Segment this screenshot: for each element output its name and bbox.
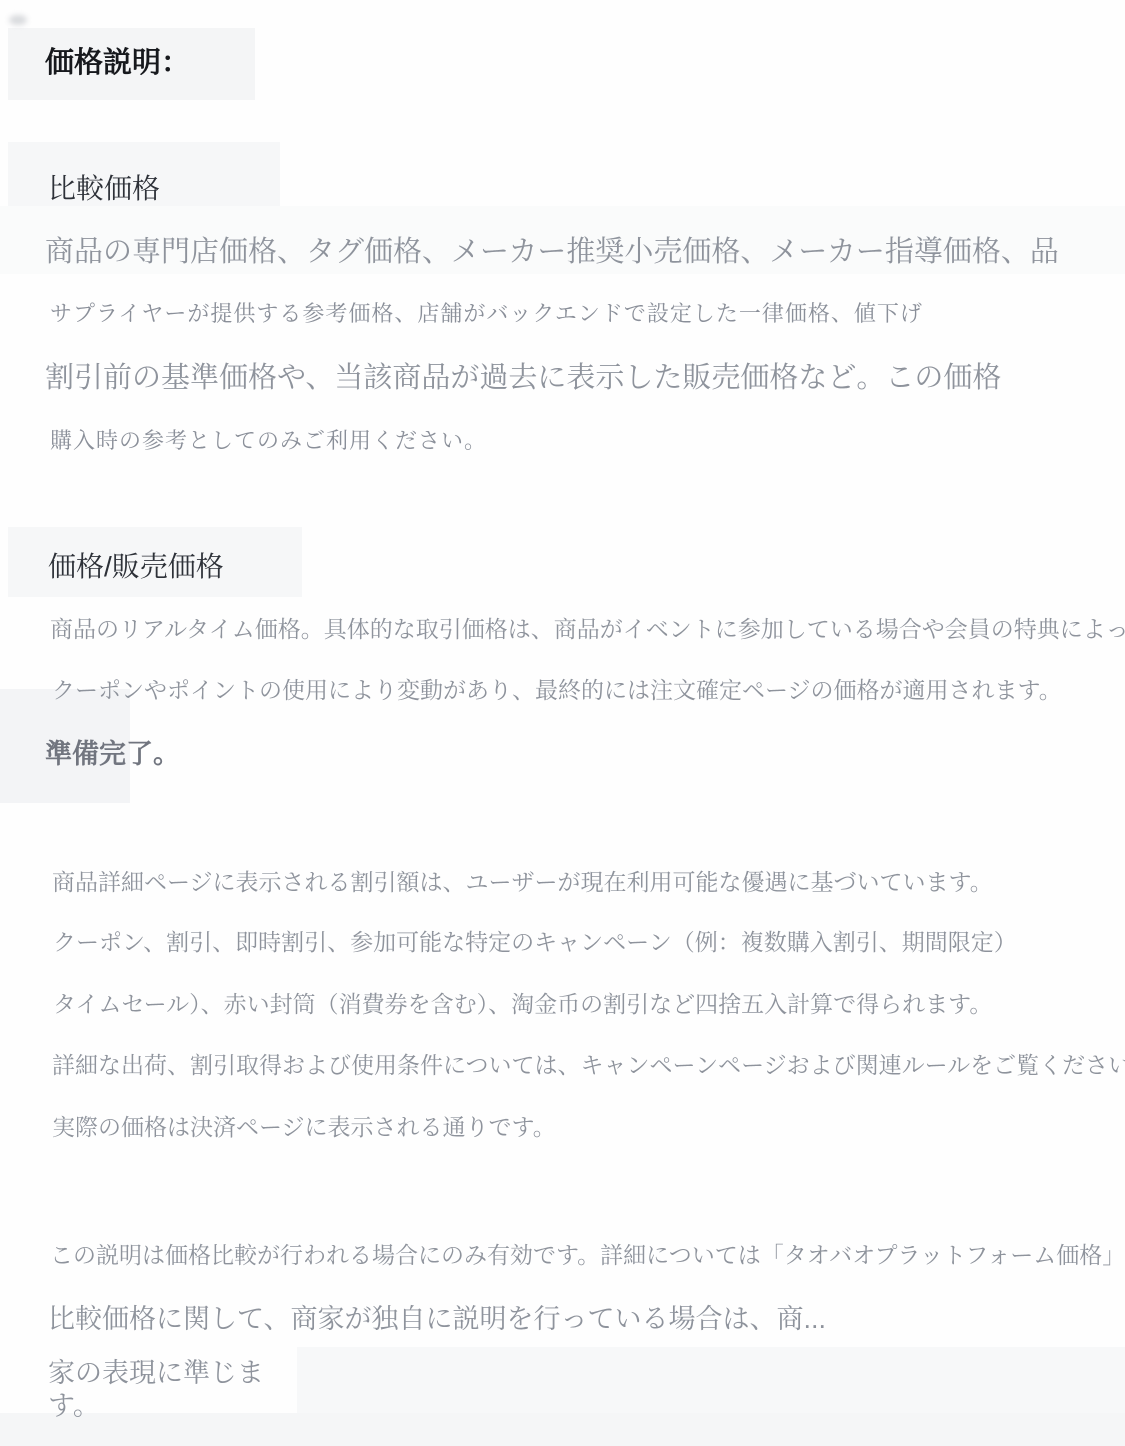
discount-info-line-1: 商品詳細ページに表示される割引額は、ユーザーが現在利用可能な優遇に基づいています… — [52, 864, 993, 897]
section-heading-compare-price: 比較価格 — [48, 167, 160, 207]
section-heading-sale-price: 価格/販売価格 — [48, 545, 224, 585]
compare-price-line-1: 商品の専門店価格、タグ価格、メーカー推奨小売価格、メーカー指導価格、品 — [45, 229, 1059, 270]
discount-info-line-5: 実際の価格は決済ページに表示される通りです。 — [52, 1109, 556, 1142]
ready-status-note: 準備完了。 — [45, 732, 180, 771]
page-title: 価格説明： — [45, 40, 190, 81]
discount-info-line-3: タイムセール）、赤い封筒（消費券を含む）、淘金币の割引など四捨五入計算で得られま… — [53, 986, 992, 1019]
sale-price-line-2: クーポンやポイントの使用により変動があり、最終的には注文確定ページの価格が適用さ… — [52, 672, 1062, 705]
discount-info-line-4: 詳細な出荷、割引取得および使用条件については、キャンペーンページおよび関連ルール… — [52, 1047, 1125, 1080]
disclaimer-line-2: 比較価格に関して、商家が独自に説明を行っている場合は、商... — [48, 1297, 826, 1336]
overlay-patch-bottom-right — [297, 1347, 1125, 1413]
compare-price-line-2: サプライヤーが提供する参考価格、店舗がバックエンドで設定した一律価格、値下げ — [50, 297, 923, 328]
price-description-page: 価格説明： 比較価格 商品の専門店価格、タグ価格、メーカー推奨小売価格、メーカー… — [0, 0, 1125, 1446]
disclaimer-line-4: す。 — [48, 1384, 100, 1423]
compare-price-line-3: 割引前の基準価格や、当該商品が過去に表示した販売価格など。この価格 — [45, 355, 1001, 396]
sale-price-line-1: 商品のリアルタイム価格。具体的な取引価格は、商品がイベントに参加している場合や会… — [50, 611, 1125, 644]
artifact-mark — [9, 15, 27, 25]
compare-price-line-4: 購入時の参考としてのみご利用ください。 — [50, 424, 487, 455]
discount-info-line-2: クーポン、割引、即時割引、参加可能な特定のキャンペーン（例：複数購入割引、期間限… — [53, 924, 1017, 957]
disclaimer-line-1: この説明は価格比較が行われる場合にのみ有効です。詳細については「タオバオプラット… — [50, 1237, 1125, 1270]
overlay-strip-bottom — [0, 1413, 1125, 1446]
